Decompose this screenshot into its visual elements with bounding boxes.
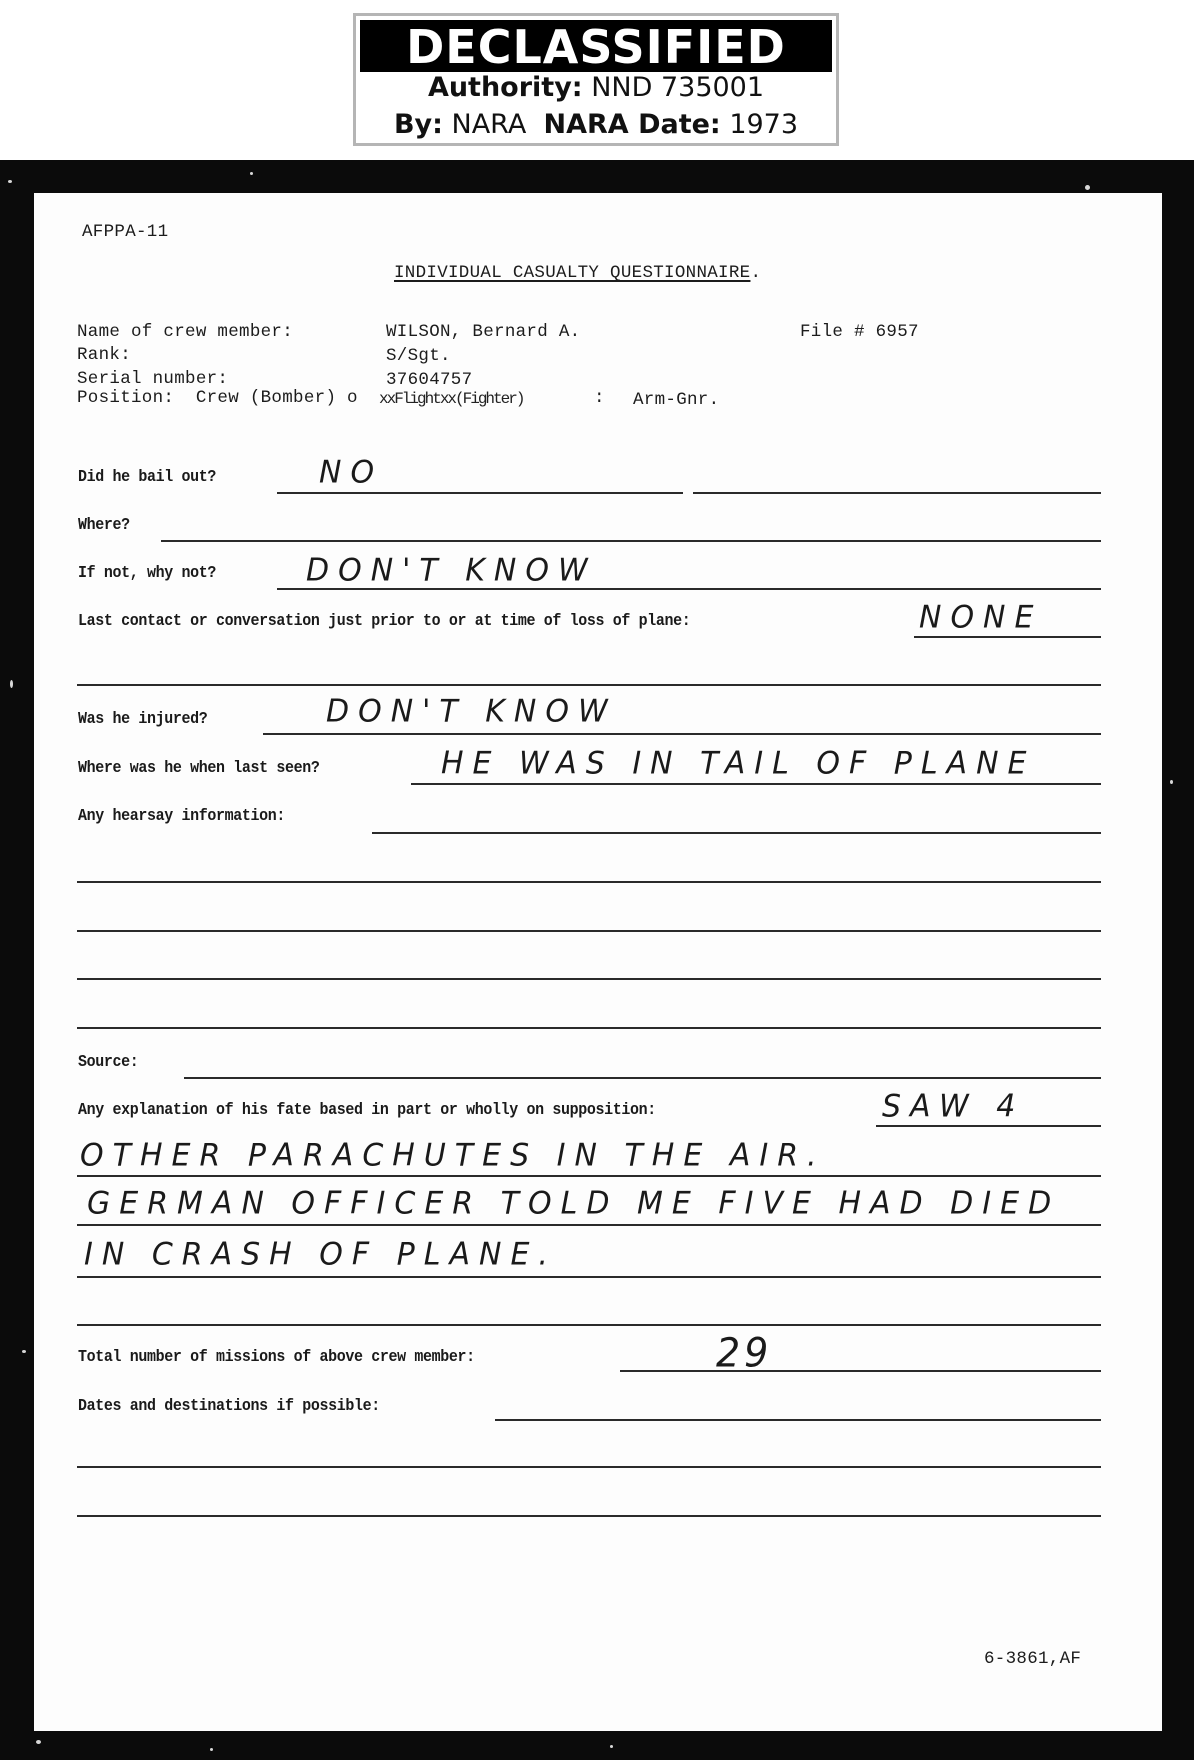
form-id: AFPPA-11 — [82, 222, 168, 242]
last-contact-line-2[interactable] — [77, 684, 1101, 686]
hearsay-line[interactable] — [372, 832, 1101, 834]
stamp-title: DECLASSIFIED — [360, 20, 832, 72]
where-line[interactable] — [161, 540, 1101, 542]
supposition-line-5[interactable] — [77, 1324, 1101, 1326]
last-contact-label: Last contact or conversation just prior … — [78, 612, 690, 631]
missions-label: Total number of missions of above crew m… — [78, 1348, 475, 1367]
dates-line-3[interactable] — [77, 1515, 1101, 1517]
dust-speck — [210, 1748, 213, 1751]
last-seen-line — [411, 783, 1101, 785]
serial-label: Serial number: — [77, 369, 228, 389]
hearsay-line-5[interactable] — [77, 1027, 1101, 1029]
last-seen-answer[interactable]: HE WAS IN TAIL OF PLANE — [441, 745, 1035, 782]
dust-speck — [610, 1745, 613, 1748]
authority-value: NND 735001 — [591, 72, 764, 103]
supposition-answer-line-3[interactable]: GERMAN OFFICER TOLD ME FIVE HAD DIED — [87, 1185, 1060, 1222]
injured-label: Was he injured? — [78, 710, 207, 729]
rank-label: Rank: — [77, 345, 131, 365]
position-separator: : — [594, 388, 605, 408]
missions-answer[interactable]: 29 — [716, 1330, 772, 1376]
bail-out-label: Did he bail out? — [78, 468, 216, 487]
dust-speck — [8, 180, 12, 183]
supposition-line — [876, 1125, 1101, 1127]
hearsay-line-3[interactable] — [77, 930, 1101, 932]
rank-value: S/Sgt. — [386, 346, 451, 366]
last-contact-answer[interactable]: NONE — [919, 599, 1042, 636]
bail-out-line-2 — [693, 492, 1101, 494]
dates-line-2[interactable] — [77, 1466, 1101, 1468]
injured-answer[interactable]: DON'T KNOW — [326, 693, 617, 730]
supposition-answer-line-4[interactable]: IN CRASH OF PLANE. — [84, 1236, 557, 1273]
serial-value: 37604757 — [386, 370, 472, 390]
supposition-label: Any explanation of his fate based in par… — [78, 1101, 656, 1120]
hearsay-line-2[interactable] — [77, 881, 1101, 883]
supposition-line-4 — [77, 1276, 1101, 1278]
date-label: NARA Date: — [544, 109, 721, 140]
source-line[interactable] — [184, 1077, 1101, 1079]
stamp-by-date: By: NARA NARA Date: 1973 — [356, 109, 836, 140]
bail-out-line — [277, 492, 683, 494]
supposition-line-2 — [77, 1175, 1101, 1177]
questionnaire-page: AFPPA-11 INDIVIDUAL CASUALTY QUESTIONNAI… — [34, 193, 1162, 1731]
dust-speck — [250, 172, 253, 175]
name-value: WILSON, Bernard A. — [386, 322, 580, 342]
injured-line — [263, 733, 1101, 735]
name-label: Name of crew member: — [77, 322, 293, 342]
by-value: NARA — [452, 109, 527, 140]
position-label: Position: Crew (Bomber) o — [77, 388, 358, 408]
dates-label: Dates and destinations if possible: — [78, 1397, 380, 1416]
date-value: 1973 — [729, 109, 798, 140]
supposition-line-3 — [77, 1224, 1101, 1226]
authority-label: Authority: — [428, 72, 583, 103]
hearsay-line-4[interactable] — [77, 978, 1101, 980]
dust-speck — [1170, 780, 1173, 784]
form-title-period: . — [750, 263, 761, 283]
missions-line — [620, 1370, 1101, 1372]
footer-form-code: 6-3861,AF — [984, 1649, 1081, 1669]
dust-speck — [10, 680, 13, 688]
bail-out-answer[interactable]: NO — [319, 454, 383, 491]
hearsay-label: Any hearsay information: — [78, 807, 285, 826]
stamp-authority: Authority: NND 735001 — [356, 72, 836, 103]
supposition-answer-line-1[interactable]: SAW 4 — [882, 1088, 1024, 1125]
last-contact-line — [914, 636, 1101, 638]
dust-speck — [22, 1350, 26, 1353]
where-label: Where? — [78, 516, 130, 535]
dust-speck — [1085, 185, 1090, 190]
dates-line[interactable] — [495, 1419, 1101, 1421]
last-seen-label: Where was he when last seen? — [78, 759, 320, 778]
supposition-answer-line-2[interactable]: OTHER PARACHUTES IN THE AIR. — [80, 1137, 826, 1174]
why-not-label: If not, why not? — [78, 564, 216, 583]
dust-speck — [36, 1740, 41, 1744]
by-label: By: — [394, 109, 443, 140]
declassified-stamp: DECLASSIFIED Authority: NND 735001 By: N… — [353, 13, 839, 146]
struck-position-text: xxFlightxx(Fighter) — [379, 390, 523, 408]
position-value: Arm-Gnr. — [633, 390, 719, 410]
form-title-text: INDIVIDUAL CASUALTY QUESTIONNAIRE — [394, 263, 750, 283]
form-title: INDIVIDUAL CASUALTY QUESTIONNAIRE. — [394, 263, 761, 283]
file-number: File # 6957 — [800, 322, 919, 342]
why-not-answer[interactable]: DON'T KNOW — [306, 552, 597, 589]
source-label: Source: — [78, 1053, 138, 1072]
